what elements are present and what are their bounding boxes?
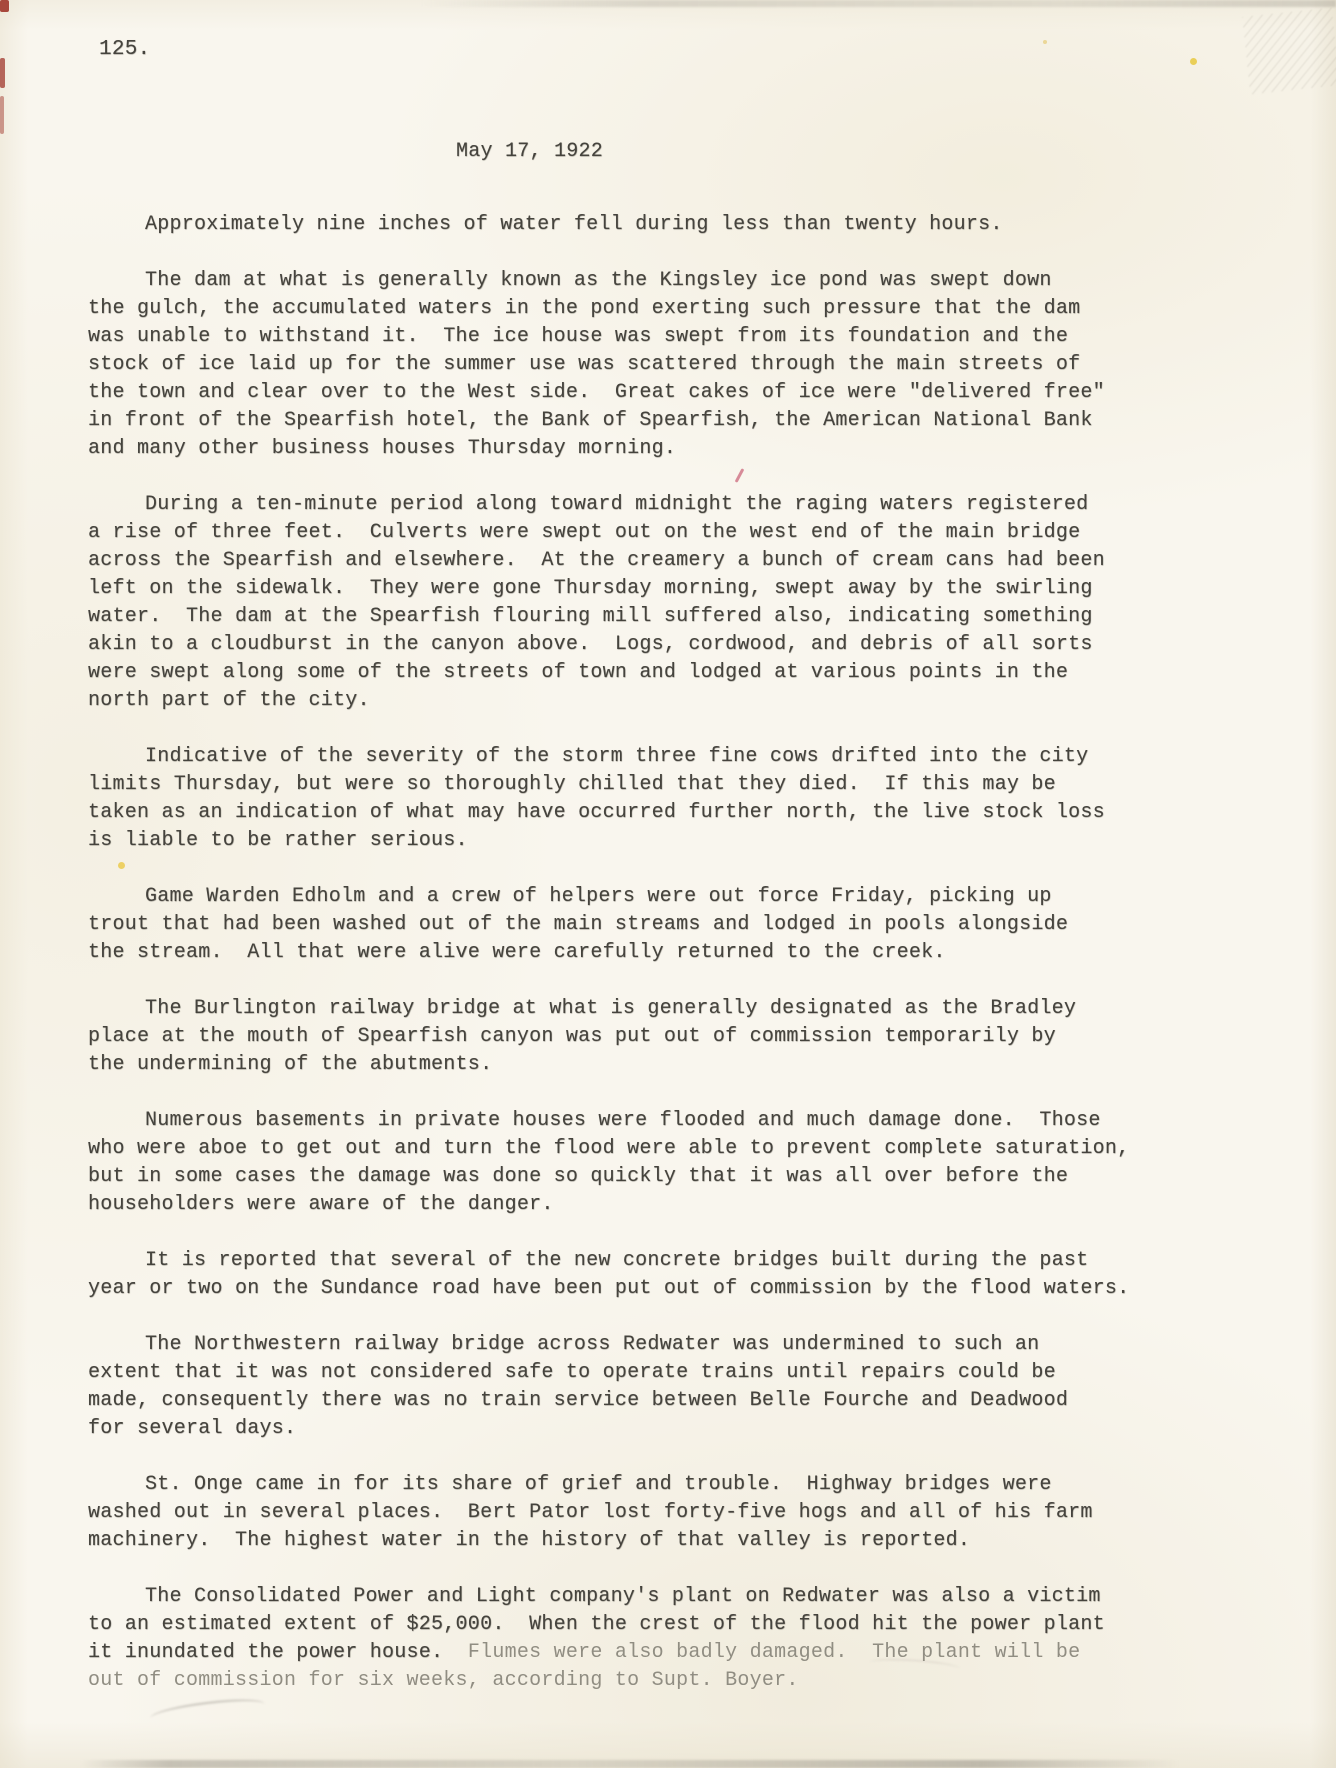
scan-artifact-speck [1043,40,1047,44]
scan-artifact-bottom-band [80,1760,1180,1768]
paragraph: St. Onge came in for its share of grief … [88,1471,1129,1555]
document-body: Approximately nine inches of water fell … [88,211,1129,1723]
text-line: During a ten-minute period along toward … [88,491,1129,519]
text-line: the town and clear over to the West side… [88,379,1129,407]
text-line: but in some cases the damage was done so… [88,1163,1129,1191]
text-line: Numerous basements in private houses wer… [88,1107,1129,1135]
paragraph: The Burlington railway bridge at what is… [88,995,1129,1079]
scan-artifact-corner-smudge [1242,8,1336,95]
text-line: stock of ice laid up for the summer use … [88,351,1129,379]
text-line: akin to a cloudburst in the canyon above… [88,631,1129,659]
paragraph: The Northwestern railway bridge across R… [88,1331,1129,1443]
text-line: it inundated the power house. Flumes wer… [88,1639,1129,1667]
paragraph: Approximately nine inches of water fell … [88,211,1129,239]
text-line: Approximately nine inches of water fell … [88,211,1129,239]
scan-artifact-top-streak [420,0,1336,7]
scan-artifact-red-edge-mark [0,96,4,134]
text-line: water. The dam at the Spearfish flouring… [88,603,1129,631]
paragraph: The dam at what is generally known as th… [88,267,1129,463]
text-line: to an estimated extent of $25,000. When … [88,1611,1129,1639]
text-line: Game Warden Edholm and a crew of helpers… [88,883,1129,911]
text-line: made, consequently there was no train se… [88,1387,1129,1415]
text-line: out of commission for six weeks, accordi… [88,1667,1129,1695]
text-line: householders were aware of the danger. [88,1191,1129,1219]
paragraph: During a ten-minute period along toward … [88,491,1129,715]
scan-artifact-red-edge-mark [0,58,5,88]
text-line: The Burlington railway bridge at what is… [88,995,1129,1023]
text-line: limits Thursday, but were so thoroughly … [88,771,1129,799]
text-line: St. Onge came in for its share of grief … [88,1471,1129,1499]
text-line: The Consolidated Power and Light company… [88,1583,1129,1611]
text-line: The dam at what is generally known as th… [88,267,1129,295]
text-line: was unable to withstand it. The ice hous… [88,323,1129,351]
text-line: who were aboe to get out and turn the fl… [88,1135,1129,1163]
text-line: extent that it was not considered safe t… [88,1359,1129,1387]
text-line: a rise of three feet. Culverts were swep… [88,519,1129,547]
text-line: is liable to be rather serious. [88,827,1129,855]
text-line: The Northwestern railway bridge across R… [88,1331,1129,1359]
text-line: washed out in several places. Bert Pator… [88,1499,1129,1527]
text-line: year or two on the Sundance road have be… [88,1275,1129,1303]
text-line: the undermining of the abutments. [88,1051,1129,1079]
text-line: machinery. The highest water in the hist… [88,1527,1129,1555]
text-line: were swept along some of the streets of … [88,659,1129,687]
text-line: for several days. [88,1415,1129,1443]
text-line: It is reported that several of the new c… [88,1247,1129,1275]
text-line: left on the sidewalk. They were gone Thu… [88,575,1129,603]
paragraph: It is reported that several of the new c… [88,1247,1129,1303]
text-line: north part of the city. [88,687,1129,715]
text-line: and many other business houses Thursday … [88,435,1129,463]
text-line: across the Spearfish and elsewhere. At t… [88,547,1129,575]
text-line: the stream. All that were alive were car… [88,939,1129,967]
paragraph: The Consolidated Power and Light company… [88,1583,1129,1695]
text-line: Indicative of the severity of the storm … [88,743,1129,771]
text-line: place at the mouth of Spearfish canyon w… [88,1023,1129,1051]
scan-artifact-red-edge-mark [0,0,9,12]
date-heading: May 17, 1922 [456,140,603,163]
text-line: trout that had been washed out of the ma… [88,911,1129,939]
scan-artifact-speck [1190,58,1197,65]
text-line: the gulch, the accumulated waters in the… [88,295,1129,323]
page-number: 125. [99,38,150,61]
paragraph: Indicative of the severity of the storm … [88,743,1129,855]
paragraph: Numerous basements in private houses wer… [88,1107,1129,1219]
paragraph: Game Warden Edholm and a crew of helpers… [88,883,1129,967]
text-line: taken as an indication of what may have … [88,799,1129,827]
text-line: in front of the Spearfish hotel, the Ban… [88,407,1129,435]
document-page: 125. May 17, 1922 Approximately nine inc… [0,0,1336,1768]
